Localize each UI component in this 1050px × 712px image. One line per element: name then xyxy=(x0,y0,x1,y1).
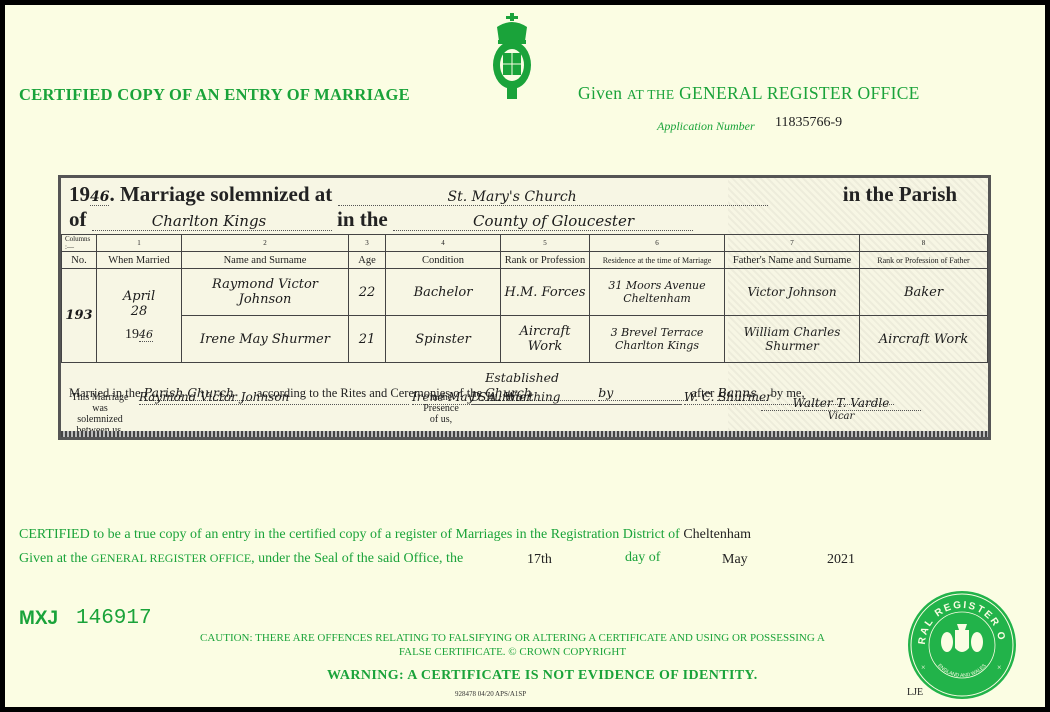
year-prefix: 19 xyxy=(69,182,90,206)
signature-groom: Raymond Victor Johnson xyxy=(139,390,409,405)
caution-text: CAUTION: THERE ARE OFFENCES RELATING TO … xyxy=(200,631,825,659)
certified-text: CERTIFIED to be a true copy of an entry … xyxy=(19,527,680,542)
married-year-prefix: 19 xyxy=(125,327,139,342)
column-number: 2 xyxy=(182,235,349,252)
presence-label: in the Presence of us, xyxy=(421,392,461,425)
certified-month: May xyxy=(722,552,748,568)
married-day: 28 xyxy=(100,304,178,319)
serial-prefix: MXJ xyxy=(19,608,58,630)
of-label: of xyxy=(69,207,87,231)
header-when-married: When Married xyxy=(97,252,182,269)
day-of-label: day of xyxy=(625,550,660,566)
column-number: 6 xyxy=(590,235,725,252)
bride-father-name: William Charles Shurmer xyxy=(725,316,860,363)
certified-year: 2021 xyxy=(827,552,855,568)
bride-name: Irene May Shurmer xyxy=(182,316,349,363)
office-smallcaps: General Register Office xyxy=(91,551,251,565)
certificate-title: CERTIFIED COPY OF AN ENTRY OF MARRIAGE xyxy=(19,85,410,105)
in-the-label: in the xyxy=(337,207,388,231)
application-number: 11835766-9 xyxy=(775,115,842,131)
issuer-initials: LJE xyxy=(907,687,923,698)
certification-line-2: Given at the General Register Office, un… xyxy=(19,551,463,567)
svg-text:×: × xyxy=(921,663,926,672)
royal-crest-icon xyxy=(489,13,535,103)
column-number: 8 xyxy=(860,235,988,252)
officiant: Walter T. Vardle Vicar xyxy=(761,396,921,422)
groom-father-name: Victor Johnson xyxy=(725,269,860,316)
caution-line-1: CAUTION: THERE ARE OFFENCES RELATING TO … xyxy=(200,631,825,645)
column-numbers-row: Columns :— 1 2 3 4 5 6 7 8 xyxy=(62,235,988,252)
solemnized-label: Marriage solemnized at xyxy=(120,182,332,206)
column-number: 7 xyxy=(725,235,860,252)
married-month: April xyxy=(100,289,178,304)
column-number: 1 xyxy=(97,235,182,252)
registration-district: Cheltenham xyxy=(683,527,751,542)
gro-seal-icon: GENERAL REGISTER OFFICE ENGLAND AND WALE… xyxy=(907,590,1017,700)
header-father-profession: Rank or Profession of Father xyxy=(860,252,988,269)
groom-name: Raymond Victor Johnson xyxy=(182,269,349,316)
certification-line-1: CERTIFIED to be a true copy of an entry … xyxy=(19,527,751,543)
groom-father-profession: Baker xyxy=(860,269,988,316)
application-number-label: Application Number xyxy=(657,119,755,134)
married-year-hand: 46 xyxy=(139,328,153,342)
header-condition: Condition xyxy=(386,252,501,269)
groom-condition: Bachelor xyxy=(386,269,501,316)
header-profession: Rank or Profession xyxy=(501,252,590,269)
column-number: 5 xyxy=(501,235,590,252)
register-entry: 1946. Marriage solemnized at St. Mary's … xyxy=(58,175,991,440)
header-residence: Residence at the time of Marriage xyxy=(590,252,725,269)
table-row-groom: 193 April 28 1946 Raymond Victor Johnson… xyxy=(62,269,988,316)
bride-profession: Aircraft Work xyxy=(501,316,590,363)
bride-age: 21 xyxy=(349,316,386,363)
register-bottom-border xyxy=(61,431,988,437)
header-age: Age xyxy=(349,252,386,269)
header-father-name: Father's Name and Surname xyxy=(725,252,860,269)
county-name: County of Gloucester xyxy=(393,212,693,231)
register-line-parish: of Charlton Kings in the County of Glouc… xyxy=(69,207,693,232)
seal-text: , under the Seal of the said Office, the xyxy=(251,551,463,566)
officiant-signature: Walter T. Vardle xyxy=(761,396,921,411)
bride-father-profession: Aircraft Work xyxy=(860,316,988,363)
caution-line-2: FALSE CERTIFICATE. © CROWN COPYRIGHT xyxy=(200,645,825,659)
print-code: 928478 04/20 APS/A1SP xyxy=(455,690,526,698)
bride-residence: 3 Brevel Terrace Charlton Kings xyxy=(590,316,725,363)
witness-1: D. A. Worthing xyxy=(471,390,681,405)
columns-label: Columns :— xyxy=(62,235,97,252)
register-line-solemnized: 1946. Marriage solemnized at St. Mary's … xyxy=(69,182,957,207)
certificate-sheet: CERTIFIED COPY OF AN ENTRY OF MARRIAGE G… xyxy=(5,5,1045,707)
year-hand: 46 xyxy=(90,189,109,206)
register-table: Columns :— 1 2 3 4 5 6 7 8 No. When Marr… xyxy=(61,234,988,363)
groom-age: 22 xyxy=(349,269,386,316)
solemnized-place: St. Mary's Church xyxy=(338,189,768,206)
certified-day: 17th xyxy=(527,552,552,568)
warning-text: WARNING: A CERTIFICATE IS NOT EVIDENCE O… xyxy=(327,668,758,684)
parish-label: in the Parish xyxy=(843,182,957,206)
officiant-title: Vicar xyxy=(761,411,921,422)
given-text: Given at the xyxy=(19,551,87,566)
given-word: Given xyxy=(578,83,622,103)
column-number: 4 xyxy=(386,235,501,252)
table-row-bride: Irene May Shurmer 21 Spinster Aircraft W… xyxy=(62,316,988,363)
office-name: GENERAL REGISTER OFFICE xyxy=(679,83,920,103)
serial-number: 146917 xyxy=(76,607,152,630)
header-no: No. xyxy=(62,252,97,269)
given-at-office: Given at the GENERAL REGISTER OFFICE xyxy=(578,83,920,104)
groom-profession: H.M. Forces xyxy=(501,269,590,316)
svg-text:×: × xyxy=(997,663,1002,672)
when-married: April 28 1946 xyxy=(97,269,182,363)
groom-residence: 31 Moors Avenue Cheltenham xyxy=(590,269,725,316)
header-name: Name and Surname xyxy=(182,252,349,269)
between-label: This Marriage was solemnized between us, xyxy=(69,392,131,436)
header-row: No. When Married Name and Surname Age Co… xyxy=(62,252,988,269)
parish-name: Charlton Kings xyxy=(92,212,332,231)
column-number: 3 xyxy=(349,235,386,252)
at-the-word: at the xyxy=(627,87,674,102)
entry-number: 193 xyxy=(62,269,97,363)
bride-condition: Spinster xyxy=(386,316,501,363)
